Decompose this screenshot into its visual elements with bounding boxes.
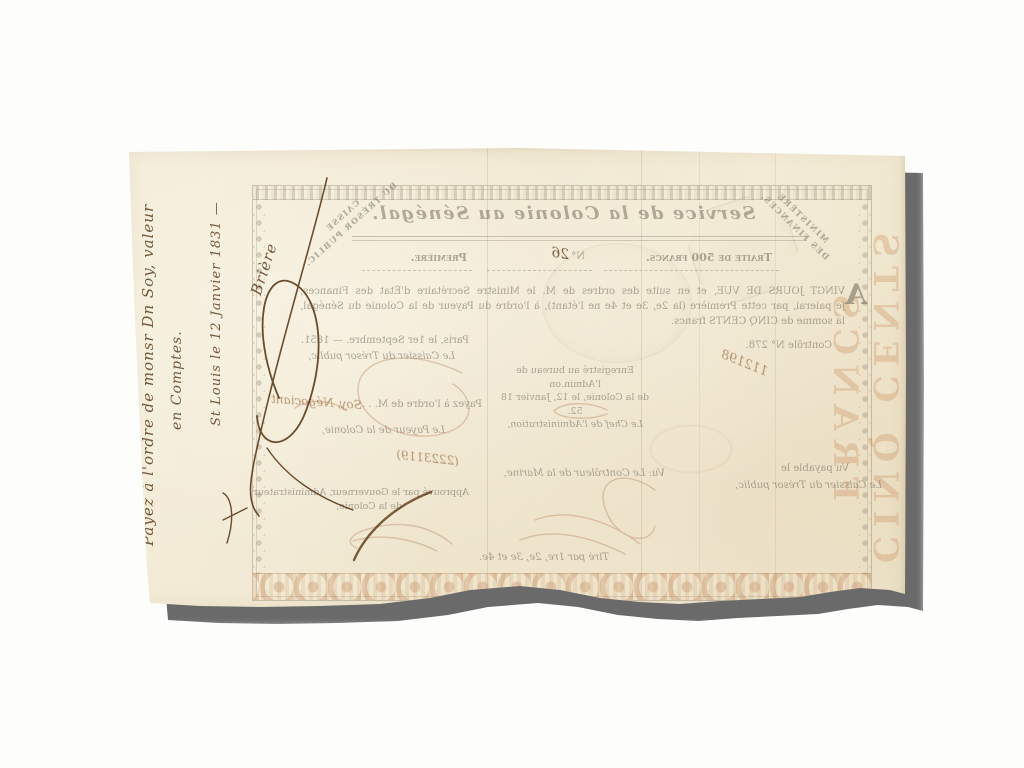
document-paper: CINQ CENTS FRANCS MINISTÈRE DES FINANCES… [127, 148, 907, 610]
flourish-long-diagonal [251, 178, 328, 516]
endorsement-flourish-svg [127, 148, 907, 610]
photo-background: CINQ CENTS FRANCS MINISTÈRE DES FINANCES… [0, 0, 1024, 768]
verso-ink-layer: Payez à l'ordre de monsr Dn Soy, valeur … [127, 148, 907, 610]
flourish-big-loop [257, 281, 319, 443]
ink-smudge-stroke [354, 492, 431, 560]
flourish-tail [267, 448, 353, 510]
flourish-small-marks [223, 493, 247, 543]
